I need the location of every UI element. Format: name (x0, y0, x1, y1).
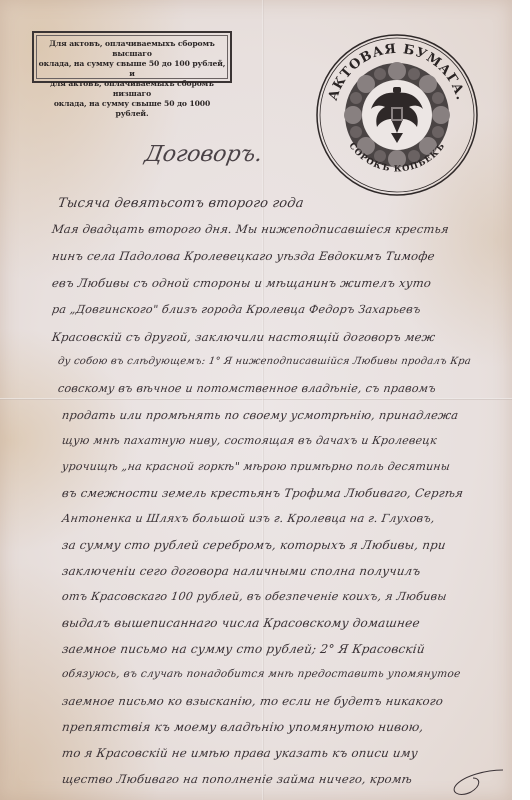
body-line: Мая двадцать второго дня. Мы нижеподписа… (51, 222, 450, 236)
body-line: щую мнѣ пахатную ниву, состоящая въ дача… (61, 434, 438, 447)
document-heading: Договоръ. (143, 142, 265, 167)
body-line: заемное письмо на сумму сто рублей; 2° Я… (61, 642, 426, 656)
body-line: Тысяча девятьсотъ второго года (57, 196, 305, 211)
body-line: за сумму сто рублей серебромъ, которыхъ … (61, 538, 447, 552)
body-line: ду собою въ слѣдующемъ: 1° Я нижеподписа… (57, 356, 471, 367)
body-line: препятствія къ моему владѣнію упомянутою… (61, 720, 425, 734)
fold-line-horizontal (0, 398, 512, 400)
document-paper: Для актовъ, оплачиваемыхъ сборомъ высшаг… (0, 0, 512, 800)
body-line: совскому въ вѣчное и потомственное владѣ… (57, 382, 437, 395)
body-line: Антоненка и Шляхъ большой изъ г. Кролевц… (61, 512, 436, 525)
page-turn-flourish-icon (445, 768, 505, 798)
notice-line: для актовъ, оплачиваемыхъ сборомъ низшаг… (38, 79, 226, 99)
body-line: нинъ села Падолова Кролевецкаго уѣзда Ев… (51, 249, 436, 263)
stamp-duty-notice-box: Для актовъ, оплачиваемыхъ сборомъ высшаг… (32, 31, 232, 83)
revenue-stamp-seal: АКТОВАЯ БУМАГА. СОРОКЪ КОПѢЕКЪ (315, 33, 479, 197)
body-line: евъ Любивы съ одной стороны и мѣщанинъ ж… (51, 276, 432, 290)
notice-line: оклада, на сумму свыше 50 до 1000 рублей… (38, 99, 226, 119)
body-line: отъ Красовскаго 100 рублей, въ обезпечен… (61, 590, 447, 603)
body-line: заключеніи сего договора наличными сполн… (61, 564, 421, 578)
notice-line: Для актовъ, оплачиваемыхъ сборомъ высшаг… (38, 39, 226, 59)
double-headed-eagle-icon: АКТОВАЯ БУМАГА. СОРОКЪ КОПѢЕКЪ (315, 33, 479, 197)
notice-line: оклада, на сумму свыше 50 до 100 рублей,… (38, 59, 226, 79)
body-line: заемное письмо ко взысканію, то если не … (61, 694, 444, 708)
body-line: то я Красовскій не имѣю права указать къ… (61, 746, 419, 760)
body-line: ра „Довгинского" близъ города Кролевца Ф… (51, 303, 421, 316)
body-line: Красовскій съ другой, заключили настоящі… (51, 330, 436, 344)
body-line: въ смежности земель крестьянъ Трофима Лю… (61, 486, 464, 500)
body-line: щество Любиваго на пополненіе займа ниче… (61, 772, 413, 786)
body-line: продать или промѣнять по своему усмотрѣн… (61, 408, 459, 422)
body-line: урочищѣ „на красной горкѣ" мѣрою примѣрн… (61, 460, 451, 473)
body-line: обязуюсь, въ случаѣ понадобится мнѣ пред… (61, 668, 461, 680)
fold-line-vertical (262, 0, 264, 800)
body-line: выдалъ вышеписаннаго числа Красовскому д… (61, 616, 421, 630)
